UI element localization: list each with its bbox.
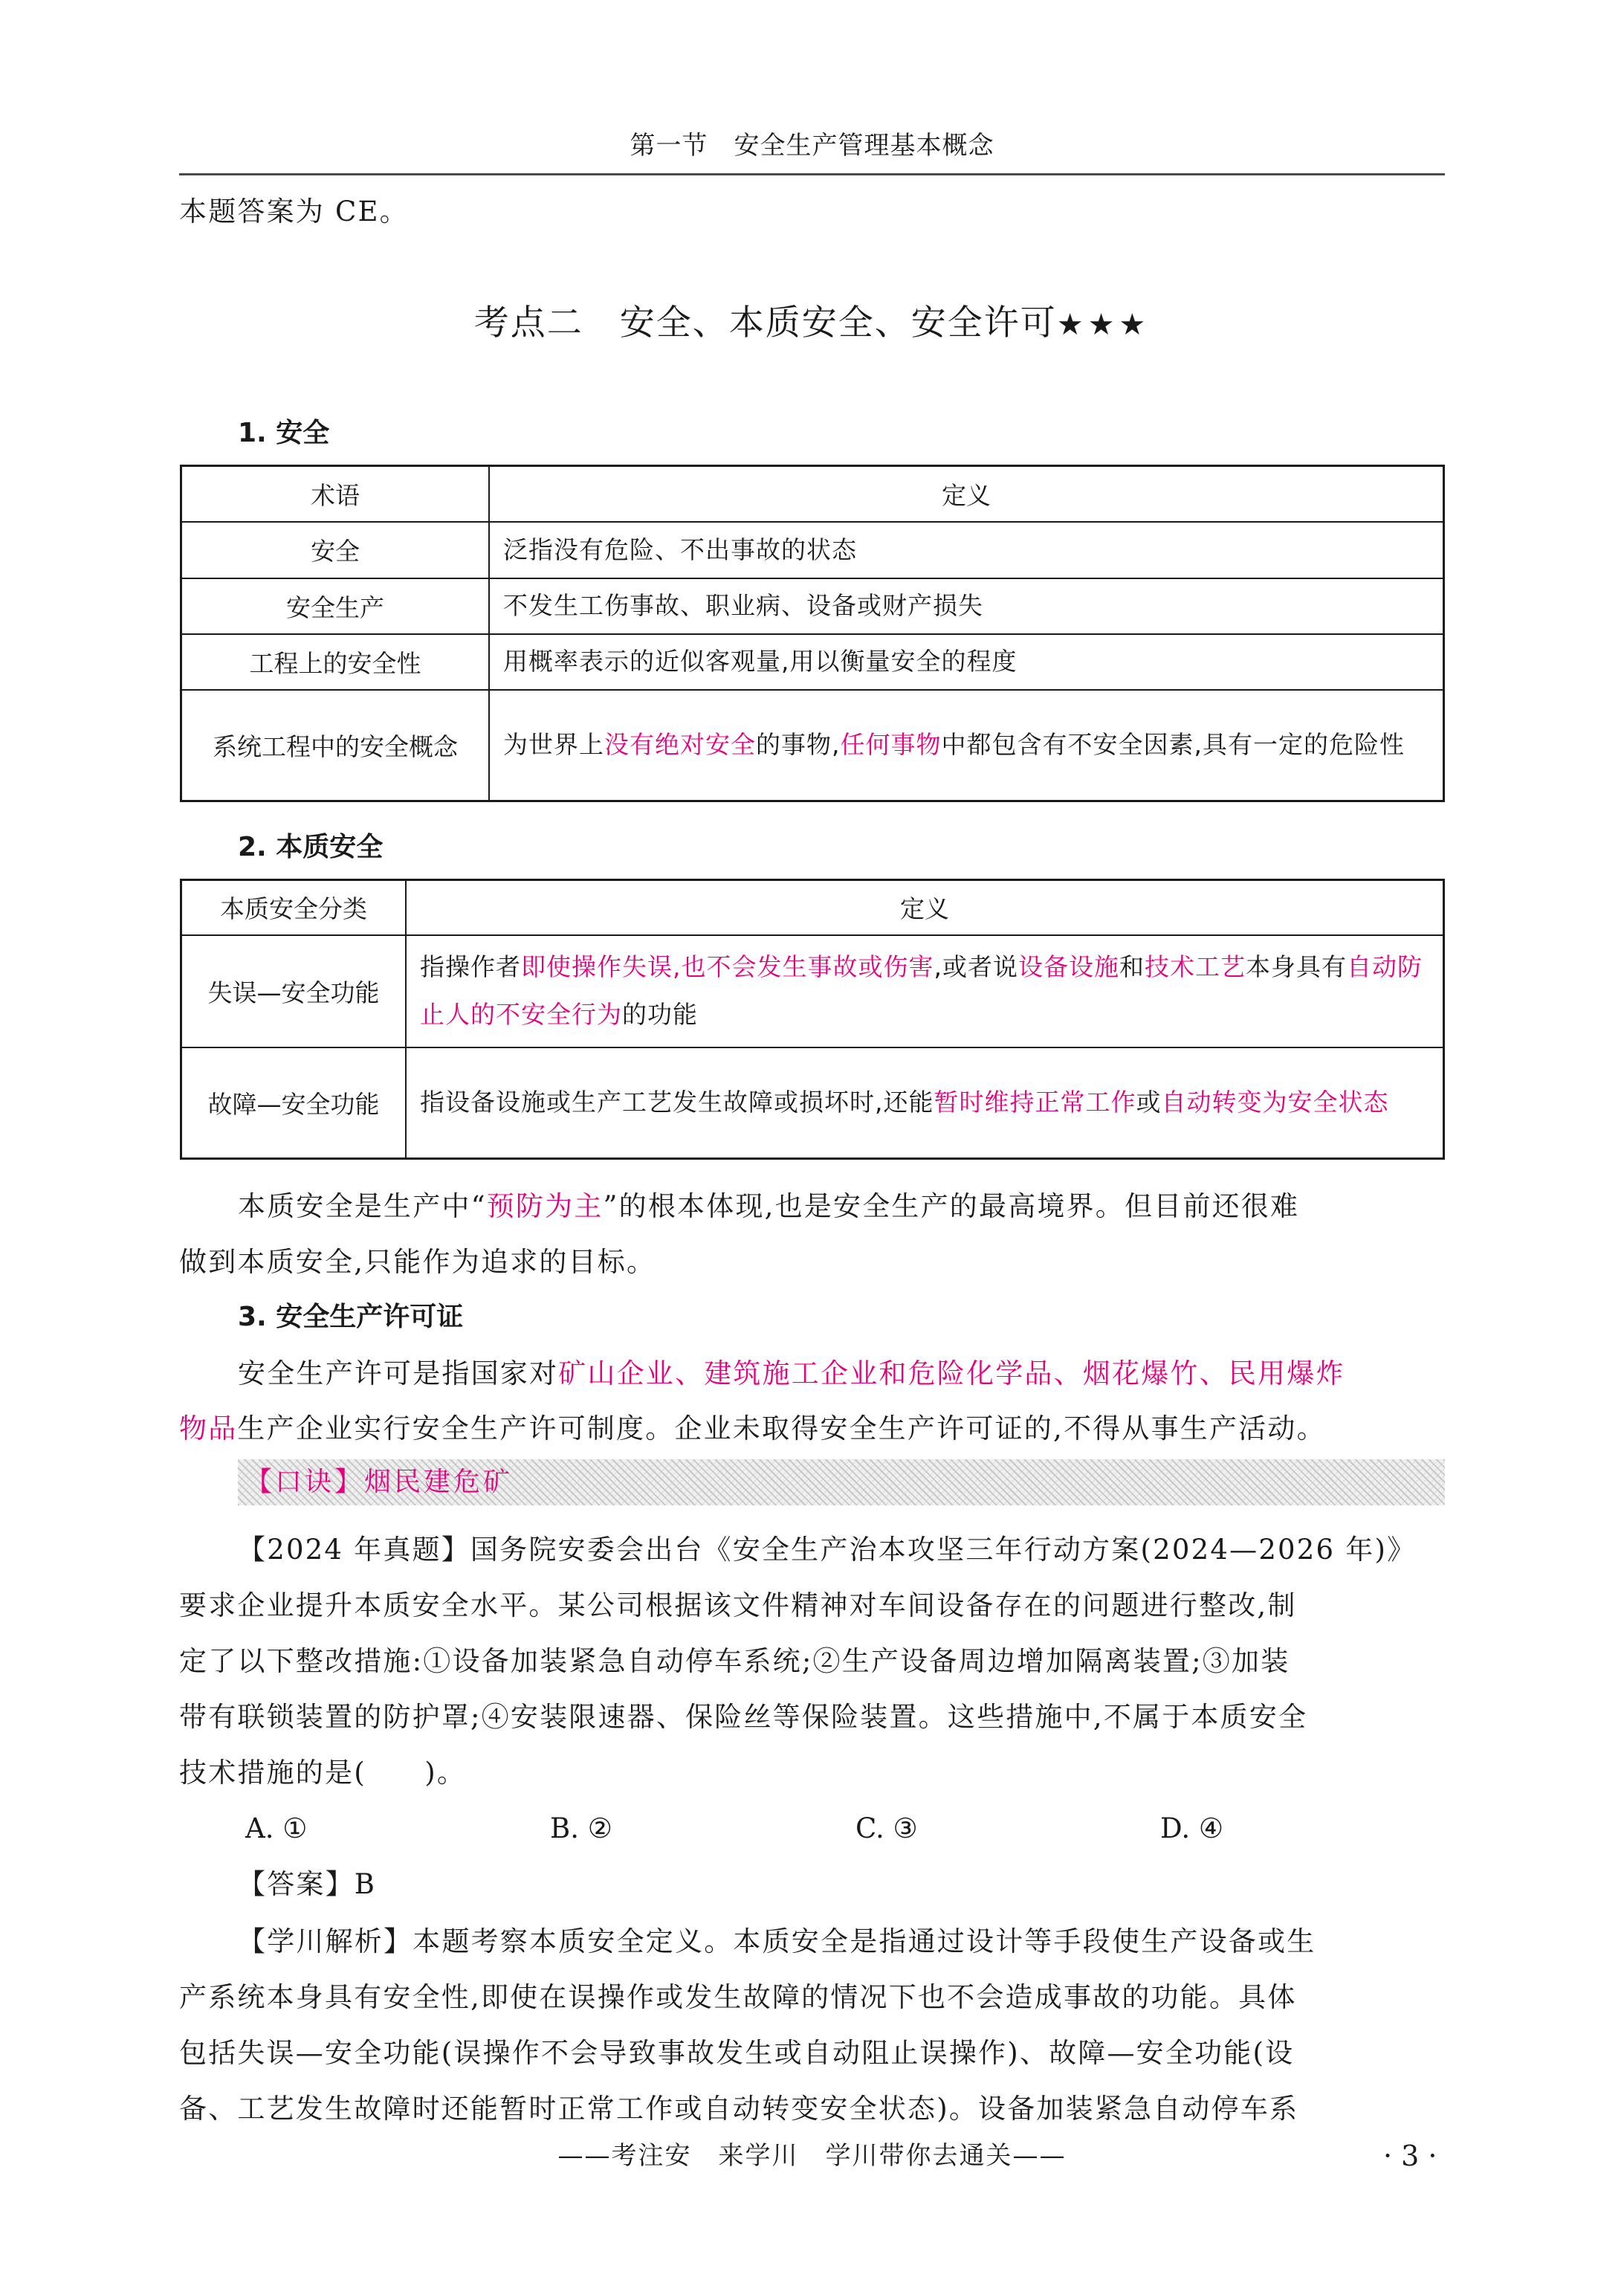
text-run: 指操作者 (420, 952, 521, 981)
text-run: 的功能 (622, 1000, 698, 1029)
column-header-definition: 定义 (489, 466, 1444, 522)
text-run: 或 (1136, 1088, 1162, 1117)
analysis-line-4: 备、工艺发生故障时还能暂时正常工作或自动转变安全状态)。设备加装紧急自动停车系 (179, 2090, 1445, 2128)
text-run: 生产企业实行安全生产许可制度。企业未取得安全生产许可证的,不得从事生产活动。 (237, 1412, 1325, 1444)
table-row: 失误—安全功能 指操作者即使操作失误,也不会发生事故或伤害,或者说设备设施和技术… (181, 935, 1444, 1047)
subheading-intrinsic-safety: 2. 本质安全 (238, 828, 383, 867)
highlight-run: 没有绝对安全 (604, 730, 756, 759)
highlight-run: 预防为主 (487, 1190, 604, 1222)
table-header-row: 本质安全分类 定义 (181, 880, 1444, 935)
text-run: 用概率表示的近似客观量,用以衡量安全的程度 (503, 647, 1018, 676)
category-cell: 故障—安全功能 (181, 1047, 407, 1159)
section-title: 考点二 安全、本质安全、安全许可★★★ (179, 299, 1445, 349)
option-d: D. ④ (1160, 1809, 1223, 1848)
intrinsic-safety-table: 本质安全分类 定义 失误—安全功能 指操作者即使操作失误,也不会发生事故或伤害,… (180, 879, 1445, 1160)
subheading-safety: 1. 安全 (238, 414, 329, 453)
section-title-text: 考点二 安全、本质安全、安全许可 (474, 303, 1057, 343)
importance-stars-icon: ★★★ (1057, 308, 1151, 342)
paragraph-license-line-2: 物品生产企业实行安全生产许可制度。企业未取得安全生产许可证的,不得从事生产活动。 (179, 1409, 1445, 1448)
category-cell: 失误—安全功能 (181, 935, 407, 1047)
term-cell: 安全 (181, 522, 490, 578)
text-run: 和 (1119, 952, 1145, 981)
table-row: 安全 泛指没有危险、不出事故的状态 (181, 522, 1444, 578)
text-run: 的事物, (756, 730, 841, 759)
text-run: 指设备设施或生产工艺发生故障或损坏时,还能 (420, 1088, 934, 1117)
paragraph-intrinsic-line-2: 做到本质安全,只能作为追求的目标。 (179, 1243, 1445, 1282)
option-a: A. ① (245, 1809, 307, 1848)
paragraph-intrinsic-line-1: 本质安全是生产中“预防为主”的根本体现,也是安全生产的最高境界。但目前还很难 (238, 1187, 1445, 1226)
option-c: C. ③ (855, 1809, 918, 1848)
term-cell: 安全生产 (181, 578, 490, 634)
highlight-run: 暂时维持正常工作 (934, 1088, 1136, 1117)
table-row: 故障—安全功能 指设备设施或生产工艺发生故障或损坏时,还能暂时维持正常工作或自动… (181, 1047, 1444, 1159)
definition-cell: 为世界上没有绝对安全的事物,任何事物中都包含有不安全因素,具有一定的危险性 (489, 690, 1444, 801)
table-row: 系统工程中的安全概念 为世界上没有绝对安全的事物,任何事物中都包含有不安全因素,… (181, 690, 1444, 801)
highlight-run: 自动转变为安全状态 (1162, 1088, 1389, 1117)
highlight-run: 设备设施 (1018, 952, 1119, 981)
definition-cell: 指操作者即使操作失误,也不会发生事故或伤害,或者说设备设施和技术工艺本身具有自动… (406, 935, 1444, 1047)
highlight-run: 矿山企业、建筑施工企业和危险化学品、烟花爆竹、民用爆炸 (558, 1357, 1345, 1389)
analysis-line-3: 包括失误—安全功能(误操作不会导致事故发生或自动阻止误操作)、故障—安全功能(设 (179, 2034, 1445, 2073)
question-line-2: 要求企业提升本质安全水平。某公司根据该文件精神对车间设备存在的问题进行整改,制 (179, 1586, 1445, 1625)
highlight-run: 任何事物 (841, 730, 942, 759)
text-run: ”的根本体现,也是安全生产的最高境界。但目前还很难 (604, 1190, 1300, 1222)
definition-cell: 指设备设施或生产工艺发生故障或损坏时,还能暂时维持正常工作或自动转变为安全状态 (406, 1047, 1444, 1159)
question-line-5: 技术措施的是( )。 (179, 1754, 1445, 1792)
text-run: ,或者说 (934, 952, 1019, 981)
text-run: 安全生产许可是指国家对 (238, 1357, 558, 1389)
footer-slogan: ——考注安 来学川 学川带你去通关—— (179, 2137, 1445, 2175)
column-header-category: 本质安全分类 (181, 880, 407, 935)
text-run: 为世界上 (503, 730, 604, 759)
text-run: 泛指没有危险、不出事故的状态 (503, 535, 857, 564)
text-run: 不发生工伤事故、职业病、设备或财产损失 (503, 591, 983, 620)
running-header-title: 第一节 安全生产管理基本概念 (179, 126, 1445, 165)
analysis-line-1: 【学川解析】本题考察本质安全定义。本质安全是指通过设计等手段使生产设备或生 (238, 1922, 1445, 1961)
question-line-4: 带有联锁装置的防护罩;④安装限速器、保险丝等保险装置。这些措施中,不属于本质安全 (179, 1698, 1445, 1737)
table-row: 工程上的安全性 用概率表示的近似客观量,用以衡量安全的程度 (181, 634, 1444, 690)
header-rule (179, 173, 1445, 175)
answer-line: 【答案】B (238, 1865, 1445, 1904)
safety-terms-table: 术语 定义 安全 泛指没有危险、不出事故的状态 安全生产 不发生工伤事故、职业病… (180, 465, 1445, 802)
option-b: B. ② (550, 1809, 612, 1848)
table-row: 安全生产 不发生工伤事故、职业病、设备或财产损失 (181, 578, 1444, 634)
text-run: 本身具有 (1246, 952, 1347, 981)
column-header-definition: 定义 (406, 880, 1444, 935)
highlight-run: 物品 (179, 1412, 237, 1444)
definition-cell: 用概率表示的近似客观量,用以衡量安全的程度 (489, 634, 1444, 690)
definition-cell: 不发生工伤事故、职业病、设备或财产损失 (489, 578, 1444, 634)
table-header-row: 术语 定义 (181, 466, 1444, 522)
column-header-term: 术语 (181, 466, 490, 522)
page-number: · 3 · (1383, 2137, 1437, 2175)
mnemonic-text: 【口诀】烟民建危矿 (245, 1463, 513, 1502)
text-run: 中都包含有不安全因素,具有一定的危险性 (942, 730, 1405, 759)
question-line-1: 【2024 年真题】国务院安委会出台《安全生产治本攻坚三年行动方案(2024—2… (238, 1531, 1445, 1569)
question-line-3: 定了以下整改措施:①设备加装紧急自动停车系统;②生产设备周边增加隔离装置;③加装 (179, 1642, 1445, 1681)
term-cell: 工程上的安全性 (181, 634, 490, 690)
term-cell: 系统工程中的安全概念 (181, 690, 490, 801)
paragraph-license-line-1: 安全生产许可是指国家对矿山企业、建筑施工企业和危险化学品、烟花爆竹、民用爆炸 (238, 1354, 1445, 1393)
definition-cell: 泛指没有危险、不出事故的状态 (489, 522, 1444, 578)
highlight-run: 即使操作失误,也不会发生事故或伤害 (521, 952, 934, 981)
text-run: 本质安全是生产中“ (238, 1190, 487, 1222)
answer-note: 本题答案为 CE。 (179, 193, 1445, 231)
highlight-run: 技术工艺 (1145, 952, 1246, 981)
analysis-line-2: 产系统本身具有安全性,即使在误操作或发生故障的情况下也不会造成事故的功能。具体 (179, 1978, 1445, 2017)
subheading-safety-license: 3. 安全生产许可证 (238, 1298, 463, 1337)
